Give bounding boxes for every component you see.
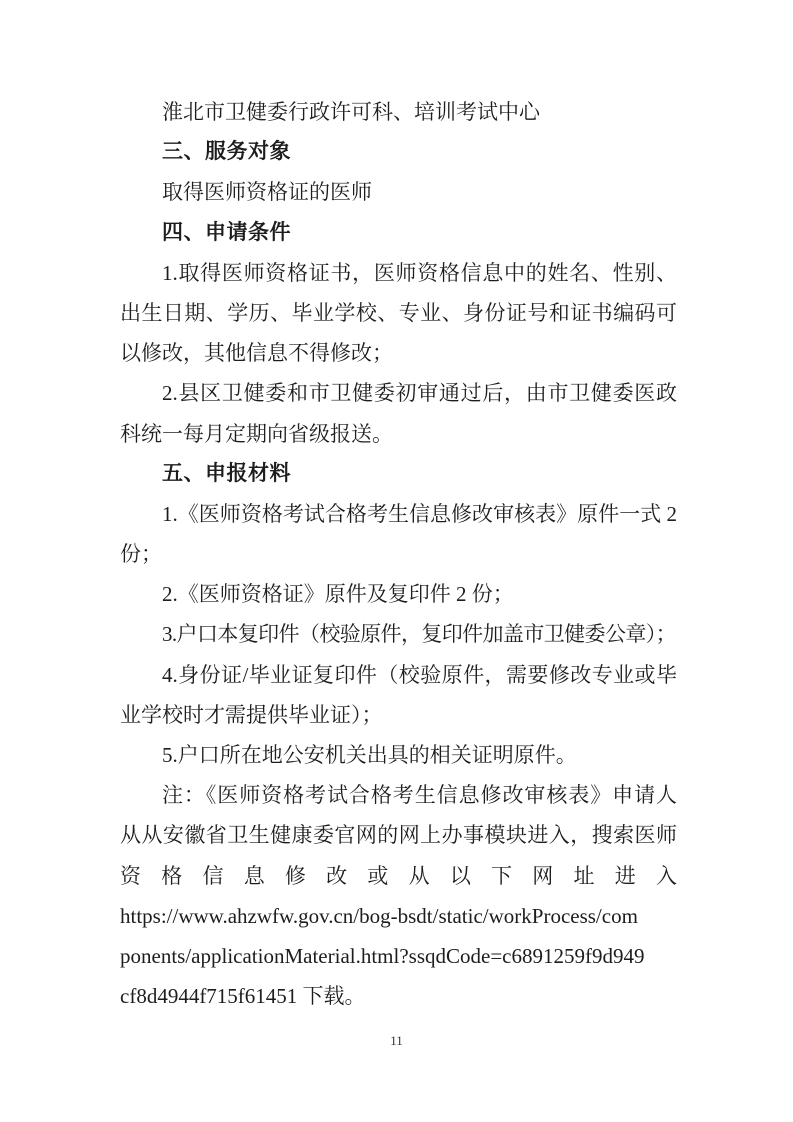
- doc-line-url-3: cf8d4944f715f61451 下载。: [120, 976, 677, 1016]
- doc-line-agency: 淮北市卫健委行政许可科、培训考试中心: [120, 92, 677, 132]
- doc-line-condition-1b: 出生日期、学历、毕业学校、专业、身份证号和证书编码可: [120, 293, 677, 333]
- doc-line-material-5: 5.户口所在地公安机关出具的相关证明原件。: [120, 735, 677, 775]
- doc-line-material-1b: 份；: [120, 534, 677, 574]
- section-heading-materials: 五、申报材料: [120, 454, 677, 494]
- doc-line-condition-2b: 科统一每月定期向省级报送。: [120, 414, 677, 454]
- section-heading-apply-conditions: 四、申请条件: [120, 213, 677, 253]
- doc-line-note-a: 注：《医师资格考试合格考生信息修改审核表》申请人: [120, 775, 677, 815]
- document-page: 淮北市卫健委行政许可科、培训考试中心 三、服务对象 取得医师资格证的医师 四、申…: [0, 0, 793, 1122]
- doc-line-material-1a: 1.《医师资格考试合格考生信息修改审核表》原件一式 2: [120, 494, 677, 534]
- doc-line-url-2: ponents/applicationMaterial.html?ssqdCod…: [120, 936, 677, 976]
- document-body: 淮北市卫健委行政许可科、培训考试中心 三、服务对象 取得医师资格证的医师 四、申…: [120, 92, 677, 1016]
- doc-line-material-4a: 4.身份证/毕业证复印件（校验原件，需要修改专业或毕: [120, 655, 677, 695]
- doc-line-material-3: 3.户口本复印件（校验原件，复印件加盖市卫健委公章）；: [120, 614, 677, 654]
- doc-line-condition-1a: 1.取得医师资格证书，医师资格信息中的姓名、性别、: [120, 253, 677, 293]
- page-number: 11: [0, 1033, 793, 1049]
- doc-line-note-b: 从从安徽省卫生健康委官网的网上办事模块进入，搜索医师: [120, 815, 677, 855]
- doc-line-material-2: 2.《医师资格证》原件及复印件 2 份；: [120, 574, 677, 614]
- doc-line-material-4b: 业学校时才需提供毕业证）；: [120, 695, 677, 735]
- section-heading-service-target: 三、服务对象: [120, 132, 677, 172]
- doc-line-note-c: 资格信息修改或从以下网址进入: [120, 856, 677, 896]
- doc-line-service-target: 取得医师资格证的医师: [120, 172, 677, 212]
- doc-line-condition-1c: 以修改，其他信息不得修改；: [120, 333, 677, 373]
- doc-line-url-1: https://www.ahzwfw.gov.cn/bog-bsdt/stati…: [120, 896, 677, 936]
- doc-line-condition-2a: 2.县区卫健委和市卫健委初审通过后，由市卫健委医政: [120, 373, 677, 413]
